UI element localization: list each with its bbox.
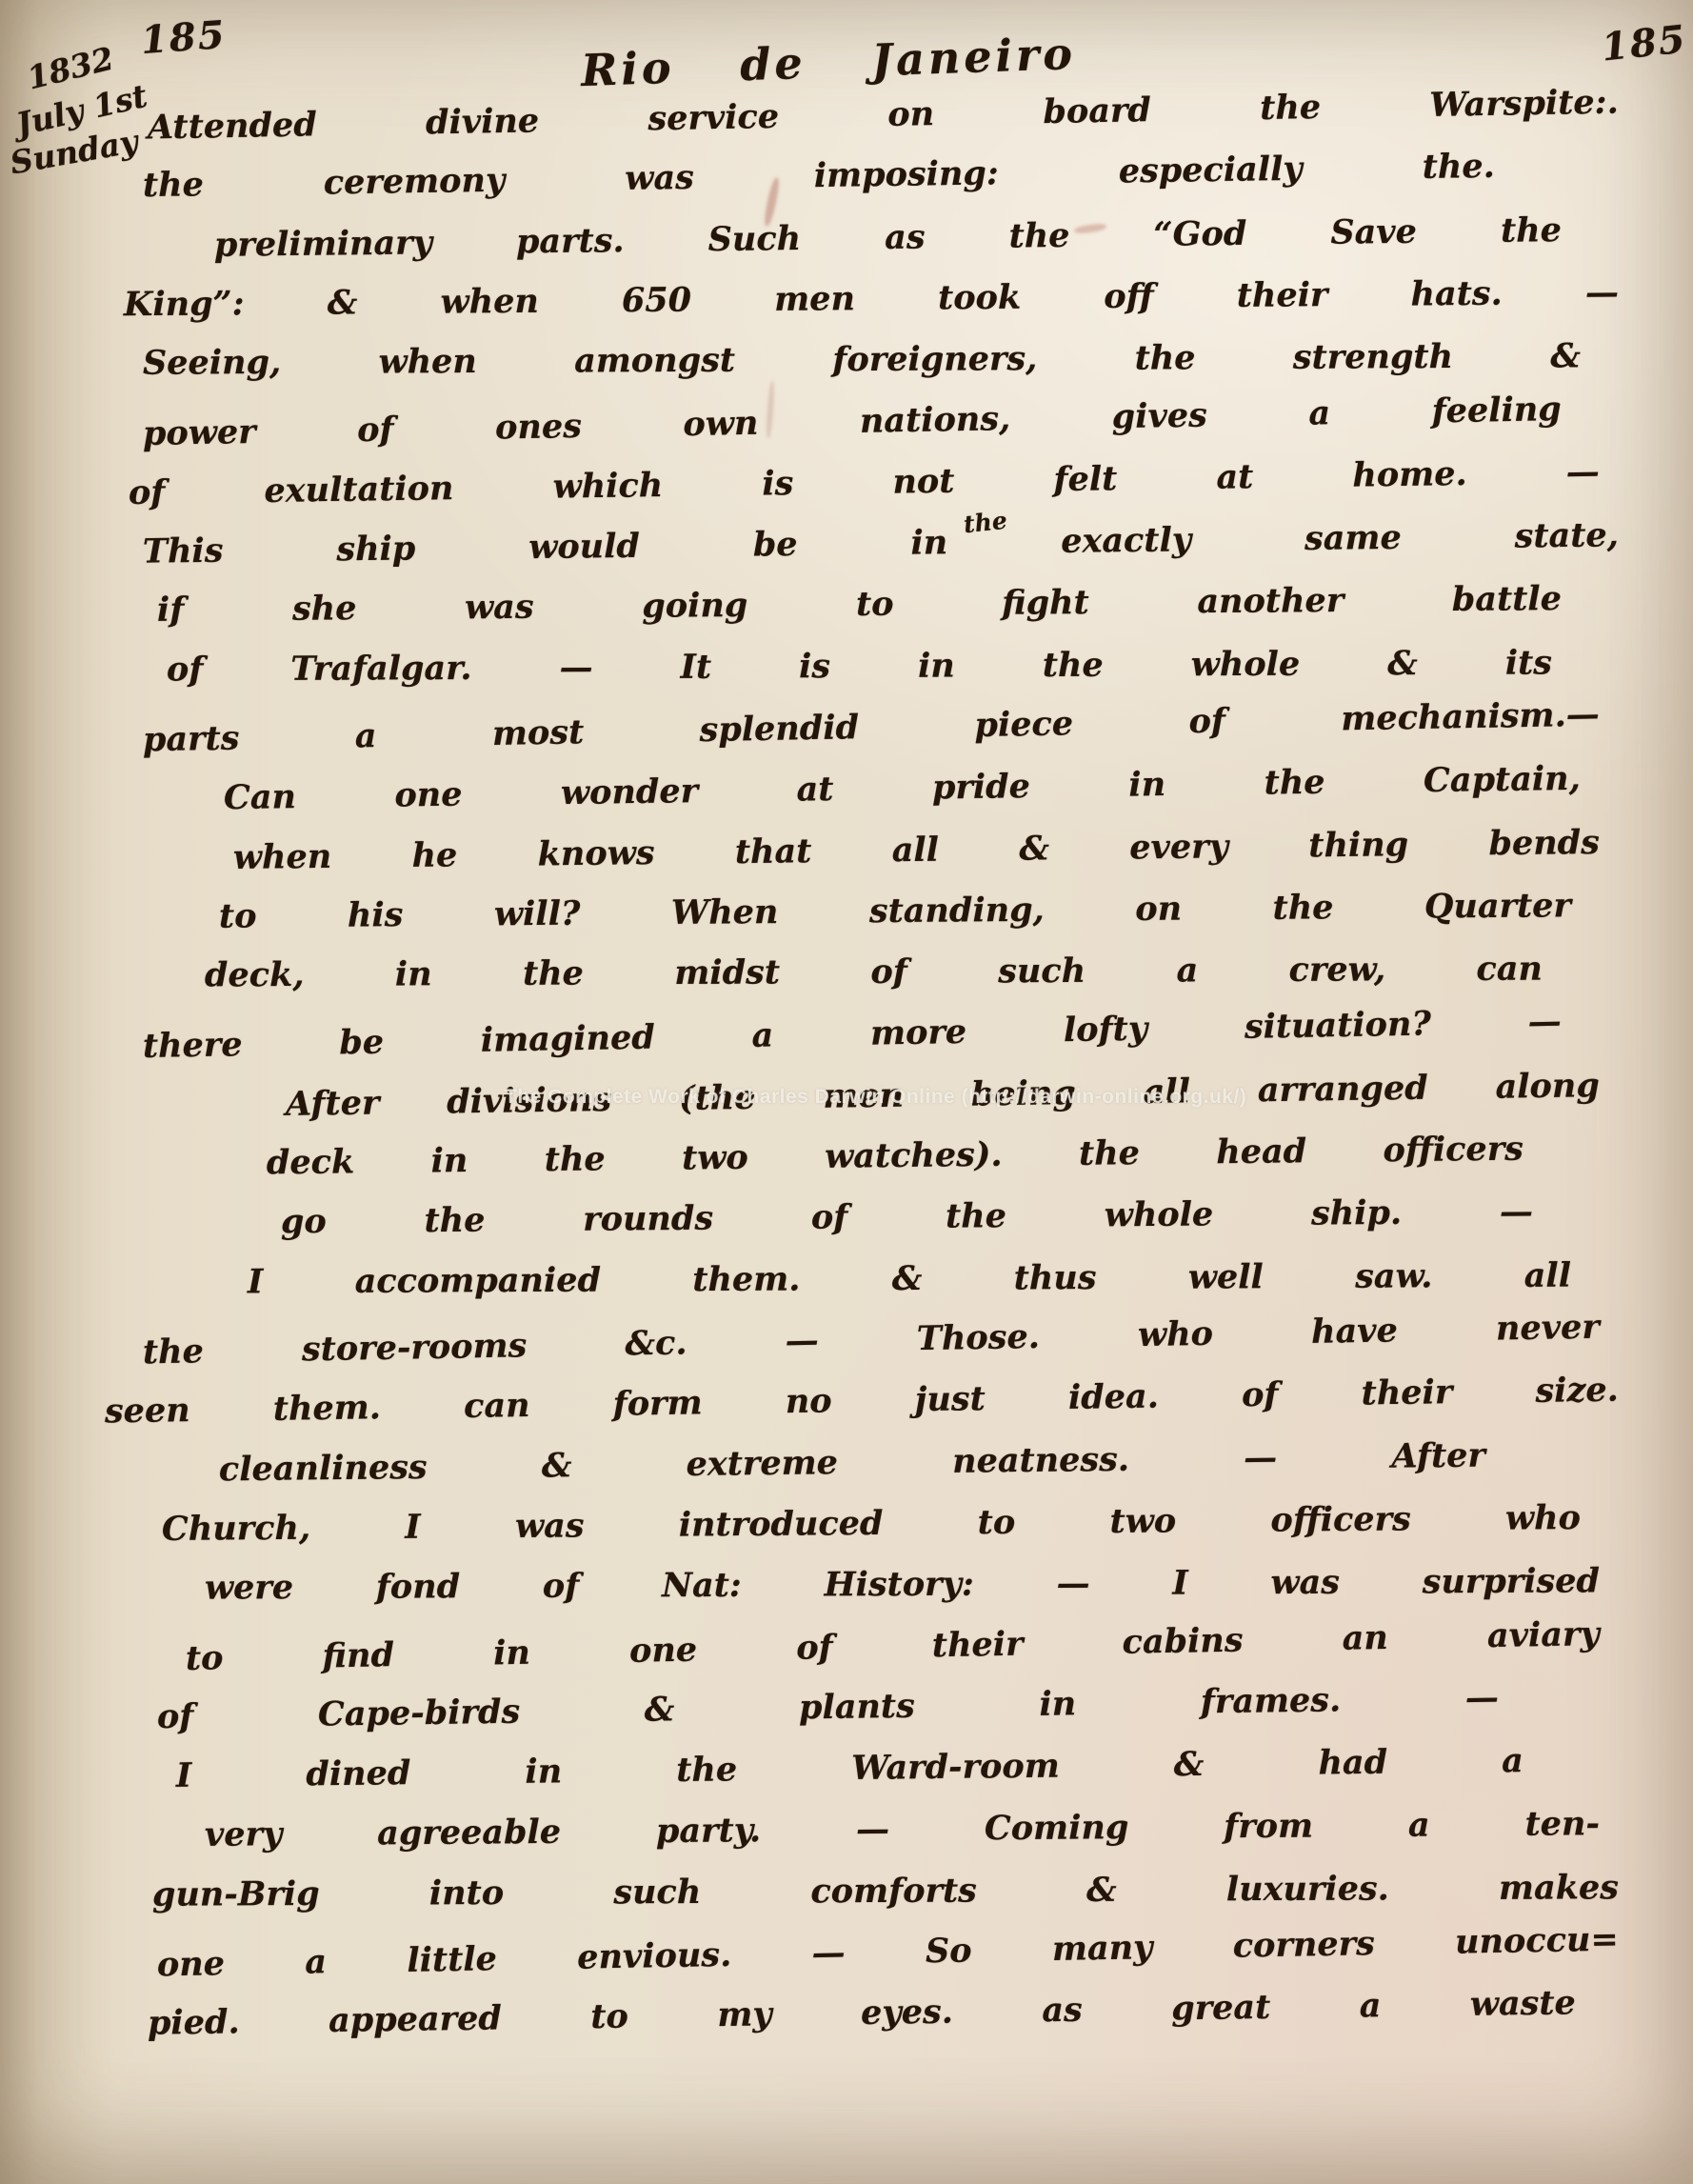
manuscript-line-text: Attended divine service on board the War… [148, 83, 1619, 148]
manuscript-line-text: were fond of Nat: History: — I was surpr… [205, 1561, 1600, 1607]
manuscript-line: go the rounds of the whole ship. — [281, 1192, 1533, 1262]
manuscript-line-text: deck, in the midst of such a crew, can [205, 950, 1543, 995]
manuscript-line: cleanliness & extreme neatness. — After [219, 1436, 1486, 1510]
manuscript-line: to his will? When standing, on the Quart… [219, 886, 1571, 955]
manuscript-line-text: I accompanied them. & thus well saw. all [248, 1256, 1571, 1302]
manuscript-line: King”: & when 650 men took off their hat… [124, 273, 1619, 345]
manuscript-page: 185 Rio de Janeiro 185 1832 July 1st Sun… [0, 0, 1693, 2184]
manuscript-line: very agreeable party. — Coming from a te… [205, 1804, 1600, 1874]
manuscript-line: Church, I was introduced to two officers… [162, 1498, 1581, 1569]
page-title: Rio de Janeiro [580, 28, 1077, 96]
manuscript-line-text: gun-Brig into such comforts & luxuries. … [152, 1868, 1619, 1914]
manuscript-line: preliminary parts. Such as the “God Save… [214, 210, 1563, 285]
manuscript-line-text: Seeing, when amongst foreigners, the str… [143, 336, 1581, 382]
inserted-word-the: the [963, 507, 1008, 539]
watermark-text: The Complete Work of Charles Darwin Onli… [505, 1086, 1246, 1109]
manuscript-line-text: of Trafalgar. — It is in the whole & its [167, 643, 1552, 689]
page-number-top-left: 185 [139, 12, 228, 63]
manuscript-line: if she was going to fight another battle [157, 579, 1562, 650]
page-number-top-right: 185 [1600, 16, 1689, 70]
